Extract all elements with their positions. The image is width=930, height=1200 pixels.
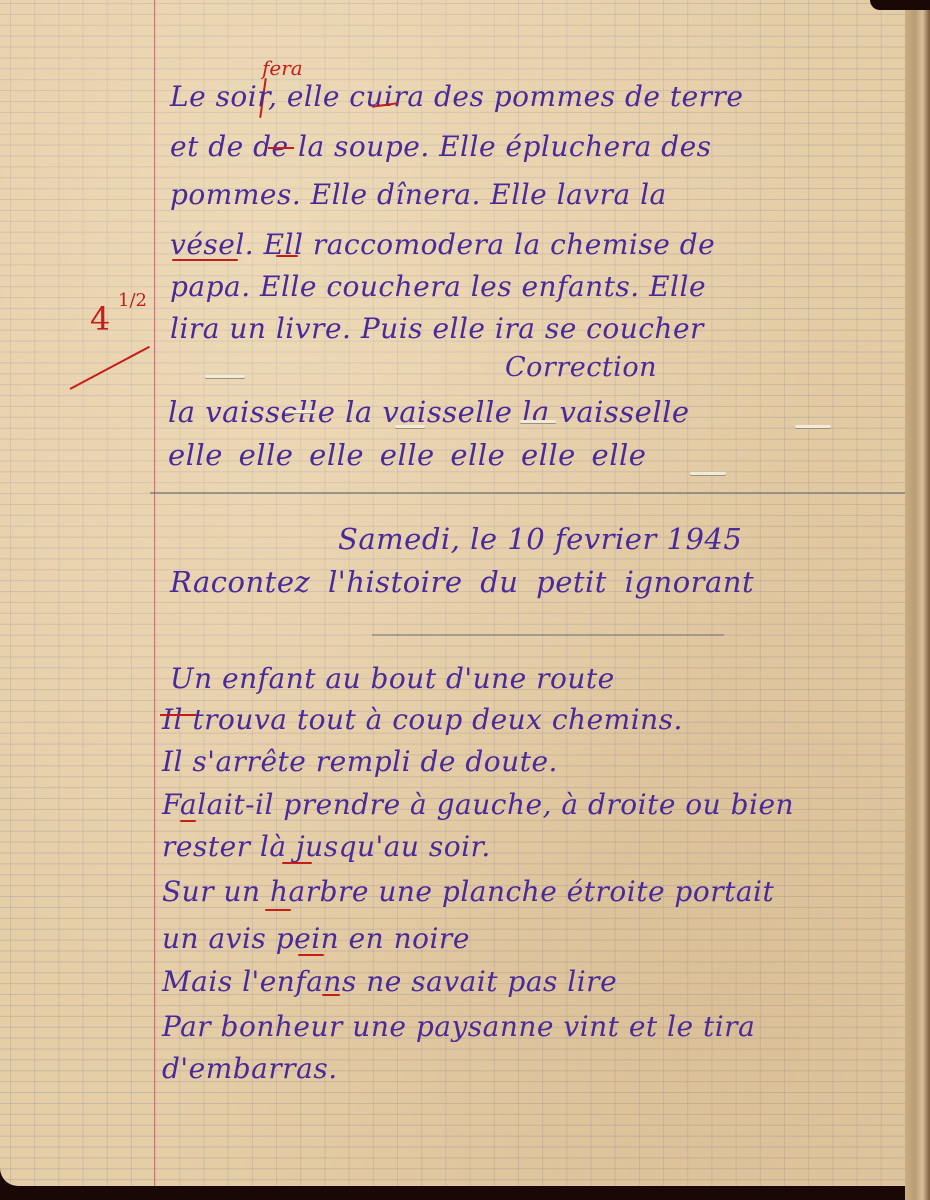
text-line-2: et de de la soupe. Elle épluchera des [170, 130, 712, 163]
section-divider [150, 492, 905, 494]
grade-fraction-value: 1/2 [118, 290, 147, 311]
correction-heading: Correction [505, 352, 657, 383]
story-line-7: un avis pein en noire [162, 922, 470, 955]
story-line-4: Falait-il prendre à gauche, à droite ou … [162, 788, 794, 821]
page-fold-shadow [905, 0, 930, 1200]
paper-tear-mark [520, 420, 556, 423]
underline-vesel [172, 259, 238, 261]
text-line-4: vésel. Ell raccomodera la chemise de [170, 228, 715, 261]
underline-ell [276, 255, 298, 257]
exercise-date: Samedi, le 10 fevrier 1945 [338, 522, 742, 556]
text-line-1: Le soir, elle cuira des pommes de terre [170, 80, 744, 113]
story-line-9: Par bonheur une paysanne vint et le tira [162, 1010, 755, 1043]
underline-harbre [265, 909, 291, 911]
exercise-prompt: Racontez l'histoire du petit ignorant [170, 565, 754, 599]
grade-whole: 4 [90, 300, 110, 338]
story-line-6: Sur un harbre une planche étroite portai… [162, 875, 774, 908]
underline-enfans [322, 994, 340, 996]
story-line-8: Mais l'enfans ne savait pas lire [162, 965, 617, 998]
strike-duplicate-de [268, 147, 294, 149]
paper-tear-mark [795, 425, 831, 428]
grade-fraction: 1/2 [118, 292, 147, 310]
story-line-1: Un enfant au bout d'une route [170, 662, 615, 695]
paper-tear-mark [205, 375, 245, 378]
strike-il [160, 714, 196, 716]
text-line-6: lira un livre. Puis elle ira se coucher [170, 312, 704, 345]
story-line-2: Il trouva tout à coup deux chemins. [162, 703, 683, 736]
story-line-5: rester là jusqu'au soir. [162, 830, 491, 863]
story-line-3: Il s'arrête rempli de doute. [162, 745, 558, 778]
paper-tear-mark [690, 472, 726, 475]
title-divider [372, 634, 724, 636]
text-line-5: papa. Elle couchera les enfants. Elle [170, 270, 706, 303]
correction-line-vaisselle: la vaisselle la vaisselle la vaisselle [168, 395, 690, 429]
correction-line-elle: elle elle elle elle elle elle elle [168, 438, 646, 472]
teacher-insertion-fera: fera [262, 56, 303, 80]
paper-tear-mark [285, 410, 315, 413]
page-corner-background [870, 0, 930, 10]
underline-en [298, 954, 324, 956]
paper-tear-mark [395, 425, 425, 428]
text-line-3: pommes. Elle dînera. Elle lavra la [170, 178, 667, 211]
red-margin-line [154, 0, 155, 1186]
underline-jusqu [282, 862, 312, 864]
story-line-10: d'embarras. [162, 1052, 338, 1085]
underline-falait [180, 820, 196, 822]
